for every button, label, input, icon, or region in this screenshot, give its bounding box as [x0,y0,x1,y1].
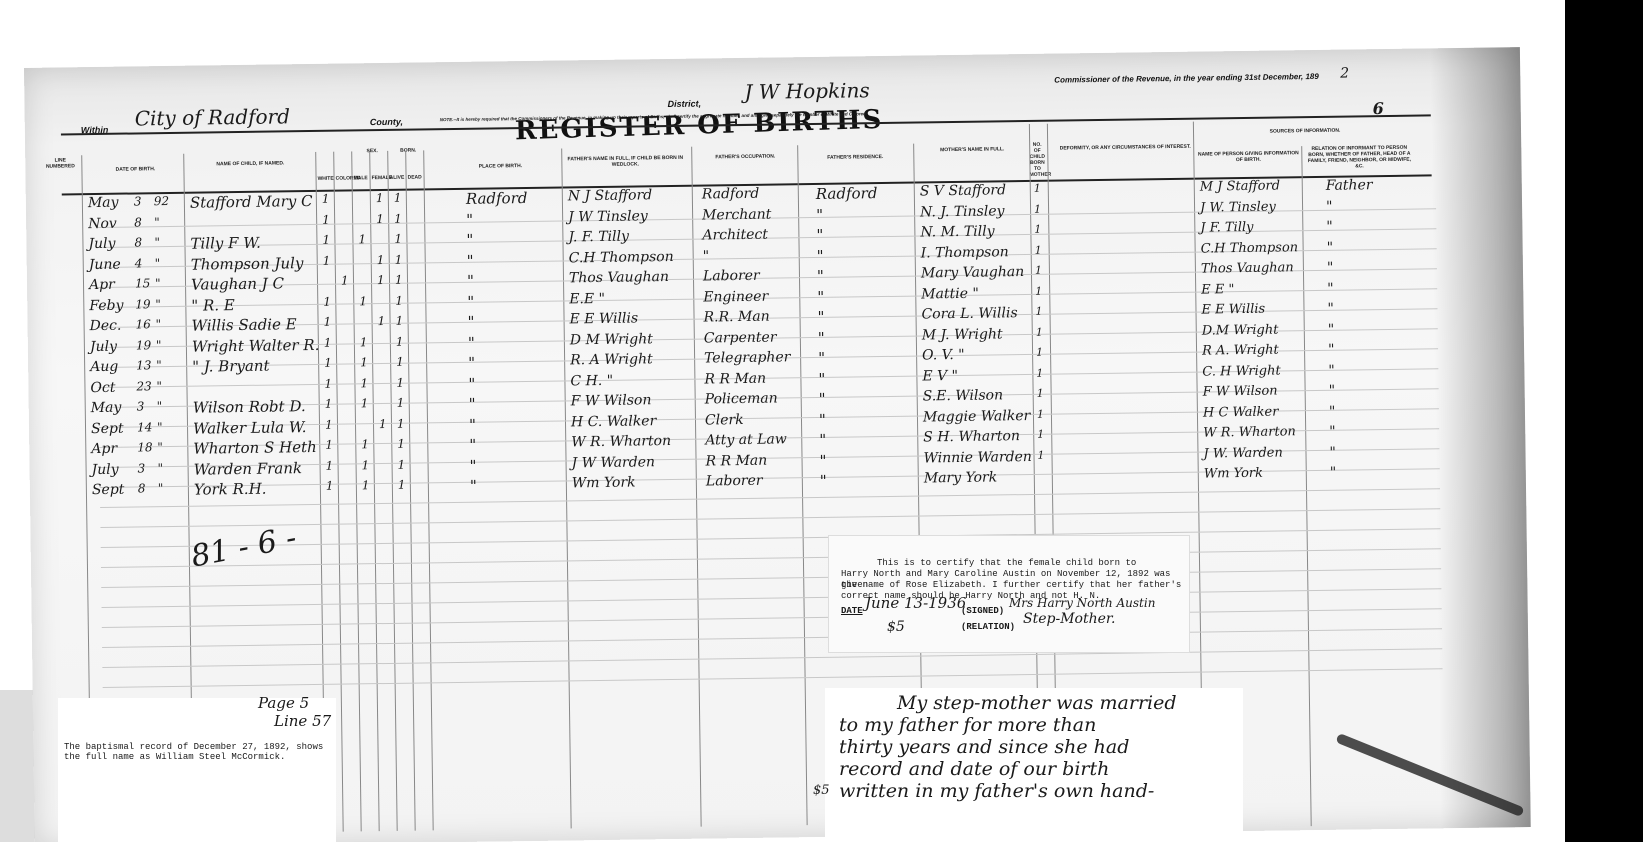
cell-occupation: Laborer [706,473,763,490]
col-alive: Alive [390,175,404,181]
cell-colored: 1 [341,273,349,287]
cell-place: " [466,231,473,249]
cell-count: 1 [1035,243,1042,256]
cell-informant: C.H Thompson [1201,240,1299,256]
scan-border-right [1565,0,1643,842]
cell-informant: W R. Wharton [1203,424,1296,440]
cell-female: 1 [377,273,385,287]
cell-relation: " [1327,239,1334,255]
cell-informant: J F. Tilly [1200,220,1253,236]
cert-line-1: This is to certify that the female child… [877,558,1136,569]
cell-alive: 1 [394,211,402,225]
letter-line-3: thirty years and since she had [839,736,1129,758]
cell-alive: 1 [395,252,403,266]
cell-father: E E Willis [569,310,638,327]
cell-occupation: R.R. Man [703,309,769,326]
col-sources: SOURCES OF INFORMATION. [1195,127,1415,136]
cell-year: " [155,256,161,270]
year-digit: 2 [1340,65,1349,81]
cell-child: Wright Walter R. [192,335,320,355]
table-row: Apr18"Wharton S Heth111"W R. WhartonAtty… [24,47,1520,68]
cell-occupation: Atty at Law [705,431,787,448]
bapt-line-1: The baptismal record of December 27, 189… [64,742,323,752]
cell-count: 1 [1034,182,1041,195]
cell-year: " [155,276,161,290]
cell-place: " [467,292,474,310]
row-rule [102,608,1442,628]
cell-count: 1 [1036,366,1043,379]
cell-occupation: Engineer [703,288,768,305]
cell-alive: 1 [396,334,404,348]
cell-month: July [88,236,115,252]
cell-month: Feby [89,297,123,313]
cell-count: 1 [1035,284,1042,297]
cell-white: 1 [324,376,332,390]
letter-line-1: My step-mother was married [897,692,1177,714]
cell-count: 1 [1036,325,1043,338]
cell-female: 1 [377,252,385,266]
cell-month: Sept [91,420,124,436]
cell-white: 1 [325,397,333,411]
cell-child: Walker Lula W. [193,418,307,438]
cell-count: 1 [1035,264,1042,277]
cell-alive: 1 [397,416,405,430]
cell-residence: " [817,308,824,326]
cell-relation: " [1328,321,1335,337]
table-row: July8"Tilly F W.111"J. F. TillyArchitect… [24,47,1520,68]
cell-year: " [158,481,164,495]
cell-informant: J W. Warden [1203,445,1282,461]
col-name-of-child: NAME OF CHILD, IF NAMED. [185,160,315,168]
cell-relation: " [1328,342,1335,358]
cell-count: 1 [1037,428,1044,441]
cell-alive: 1 [394,232,402,246]
cell-alive: 1 [395,314,403,328]
row-rule [102,628,1442,648]
cell-month: July [92,461,119,477]
cell-father: F W Wilson [571,392,652,409]
cell-day: 8 [134,235,142,249]
cell-place: " [469,395,476,413]
cell-month: Aug [90,359,118,375]
cell-month: July [90,338,117,354]
cell-white: 1 [323,294,331,308]
cell-relation: " [1327,301,1334,317]
cell-father: Thos Vaughan [569,269,669,286]
cell-count: 1 [1034,202,1041,215]
cell-residence: " [819,390,826,408]
cell-day: 3 [137,399,145,413]
cell-day: 19 [135,297,150,311]
cell-occupation: " [703,248,710,264]
cell-male: 1 [361,396,369,410]
cell-day: 8 [134,215,142,229]
cell-alive: 1 [398,478,406,492]
col-informant-name: Name of Person giving information of Bir… [1195,150,1301,163]
grid-line [423,150,433,830]
table-row: May392Stafford Mary C111RadfordN J Staff… [24,47,1520,68]
letter-fee: $5 [813,780,830,802]
cell-father: J. F. Tilly [568,229,629,246]
cell-day: 3 [134,194,142,208]
cell-place: " [467,313,474,331]
handwritten-letter: My step-mother was married to my father … [825,688,1243,842]
cell-child: Tilly F W. [190,234,261,253]
cell-female: 1 [379,416,387,430]
cell-relation: " [1327,280,1334,296]
cell-occupation: Architect [702,227,768,244]
grid-line [797,145,807,825]
cell-alive: 1 [395,293,403,307]
cell-place: " [469,456,476,474]
cell-relation: " [1326,198,1333,214]
cell-white: 1 [322,212,330,226]
cell-white: 1 [326,479,334,493]
cell-month: Nov [88,215,117,231]
cell-child: Vaughan J C [191,274,284,293]
cell-month: May [88,195,119,211]
cell-day: 23 [136,379,151,393]
table-row: July3"Warden Frank111"J W WardenR R Man"… [24,47,1520,68]
cell-male: 1 [360,335,368,349]
col-date-of-birth: DATE OF BIRTH. [85,166,185,173]
cell-relation: " [1327,260,1334,276]
cell-alive: 1 [395,273,403,287]
cell-year: " [156,338,162,352]
cell-male: 1 [360,376,368,390]
cell-year: " [157,461,163,475]
cell-father: E.E " [569,290,605,306]
cell-year: " [154,235,160,249]
cell-mother: S H. Wharton [923,428,1020,445]
cell-year: " [155,297,161,311]
cell-mother: S V Stafford [920,182,1006,199]
cert-signed-value: Mrs Harry North Austin [1009,598,1155,609]
cell-white: 1 [325,417,333,431]
cell-male: 1 [358,232,366,246]
table-row: Sept8"York R.H.111"Wm YorkLaborer"Mary Y… [24,47,1520,68]
col-born: BORN. [391,147,425,153]
cell-informant: C. H Wright [1202,363,1280,379]
bapt-page-ref: Page 5 [258,698,309,708]
cert-relation-label: (RELATION) [961,622,1015,633]
cell-occupation: Telegrapher [704,349,790,366]
tally-note: 81 - 6 - [188,520,299,574]
cell-month: June [89,256,121,272]
cell-mother: Mary York [924,469,998,486]
cell-informant: Thos Vaughan [1201,260,1294,276]
cell-residence: " [817,267,824,285]
cell-count: 1 [1037,387,1044,400]
col-deformity: DEFORMITY, OR ANY CIRCUMSTANCES OF INTER… [1055,144,1195,152]
cell-place: " [467,272,474,290]
cell-count: 1 [1037,407,1044,420]
col-fathers-name: FATHER'S NAME IN FULL, IF CHILD BE BORN … [561,155,689,169]
cell-father: C.H Thompson [569,248,674,265]
within-value: City of Radford [135,104,291,130]
cell-year: " [154,215,160,229]
cell-white: 1 [325,438,333,452]
cell-white: 1 [323,315,331,329]
cell-white: 1 [323,253,331,267]
cell-father: D M Wright [570,331,653,348]
cell-mother: N. J. Tinsley [920,203,1005,220]
cell-place: " [469,436,476,454]
cell-male: 1 [360,355,368,369]
cell-child: Stafford Mary C [190,192,313,212]
cell-month: Sept [92,482,125,498]
cert-date-value: June 13-1936 [865,598,966,609]
cell-year: " [155,317,161,331]
grid-line [1301,146,1311,826]
cell-child: " R. E [191,296,235,315]
cell-informant: F W Wilson [1203,384,1278,400]
cell-alive: 1 [397,396,405,410]
cell-male: 1 [361,437,369,451]
cell-father: J W Warden [571,454,655,471]
cell-place: " [470,477,477,495]
cell-day: 13 [136,358,151,372]
cell-informant: H C Walker [1203,404,1279,420]
cell-mother: Cora L. Willis [921,305,1017,322]
cell-year: " [157,440,163,454]
cell-residence: " [819,410,826,428]
cell-residence: " [817,246,824,264]
cell-year: 92 [154,194,169,208]
cert-fee: $5 [887,622,905,633]
cell-alive: 1 [394,191,402,205]
bapt-line-ref: Line 57 [274,716,331,726]
cell-child: Wilson Robt D. [193,397,306,417]
commissioner-label: Commissioner of the Revenue, in the year… [1054,72,1319,85]
cell-relation: " [1328,362,1335,378]
cell-alive: 1 [396,375,404,389]
col-mothers-name: MOTHER'S NAME IN FULL. [915,146,1029,154]
cell-occupation: Policeman [705,391,778,408]
cell-relation: " [1329,383,1336,399]
cell-mother: Mary Vaughan [921,264,1024,281]
cell-day: 3 [137,461,145,475]
cell-child: Warden Frank [193,459,302,479]
cell-mother: S.E. Wilson [923,387,1004,404]
cell-occupation: Carpenter [704,329,777,346]
cell-year: " [157,420,163,434]
cell-place: " [468,354,475,372]
cert-signed-label: (SIGNED) [961,606,1004,617]
cert-relation-value: Step-Mother. [1023,614,1116,625]
cell-mother: Mattie " [921,285,979,302]
cell-year: " [157,399,163,413]
cell-count: 1 [1037,448,1044,461]
cell-place: " [467,251,474,269]
cell-occupation: R R Man [705,452,767,469]
table-row: May3"Wilson Robt D.111"F W WilsonPolicem… [24,47,1520,68]
cell-informant: J W. Tinsley [1200,199,1276,215]
cell-alive: 1 [396,355,404,369]
cert-date-label: DATE [841,606,863,617]
cell-place: " [468,333,475,351]
table-row: Oct23"111"C H. "R R Man"E V "1C. H Wrigh… [24,47,1520,68]
cell-father: N J Stafford [568,187,653,204]
cell-father: R. A Wright [570,351,653,368]
col-white: White [318,176,332,182]
cell-relation: Father [1326,177,1373,194]
cell-child: Thompson July [191,254,304,274]
cell-male: 1 [361,458,369,472]
cell-relation: " [1330,465,1337,481]
cell-day: 15 [135,276,150,290]
row-rule [100,508,1440,528]
cell-informant: E E " [1201,282,1234,297]
cell-white: 1 [325,458,333,472]
col-line-number: Line Numbered [45,157,75,169]
cell-child: York R.H. [194,480,267,499]
row-rule [101,548,1441,568]
table-row: Apr15"Vaughan J C111"Thos VaughanLaborer… [24,47,1520,68]
col-male: Male [354,175,368,181]
cell-male: 1 [359,294,367,308]
cell-white: 1 [322,233,330,247]
cell-father: H C. Walker [571,413,656,430]
letter-line-5: written in my father's own hand- [839,780,1154,802]
col-dead: Dead [408,174,422,180]
table-row: Feby19"" R. E111"E.E "Engineer"Mattie "1… [24,47,1520,68]
cell-mother: Maggie Walker [923,407,1030,424]
cell-place: Radford [466,189,528,208]
row-rule [100,488,1440,508]
cell-alive: 1 [397,457,405,471]
cell-informant: E E Willis [1201,302,1265,318]
letter-line-2: to my father for more than [839,714,1096,736]
cell-residence: " [818,328,825,346]
cell-child: Wharton S Heth [193,438,317,458]
col-colored: Colored [336,175,350,181]
bapt-line-2: the full name as William Steel McCormick… [64,752,285,762]
col-child-born-to-mother: No. of Child born to Mother [1029,142,1046,178]
cell-day: 14 [137,420,152,434]
cell-day: 19 [136,338,151,352]
cell-alive: 1 [397,437,405,451]
cell-relation: " [1329,444,1336,460]
cell-child: Willis Sadie E [191,315,296,334]
cell-informant: M J Stafford [1200,178,1280,194]
cell-mother: M J. Wright [922,326,1003,343]
cell-month: Oct [90,379,115,395]
col-place-of-birth: PLACE OF BIRTH. [435,162,565,170]
row-rule [102,648,1442,668]
cell-father: C H. " [570,372,613,389]
cell-relation: " [1326,219,1333,235]
table-row: June4"Thompson July111"C.H Thompson""I. … [24,47,1520,68]
cell-relation: " [1329,403,1336,419]
cell-residence: " [816,205,823,223]
col-fathers-residence: FATHER'S RESIDENCE. [799,154,911,162]
col-sex: SEX. [355,148,389,154]
table-row: July19"Wright Walter R.111"D M WrightCar… [24,47,1520,68]
cell-father: J W Tinsley [568,208,648,225]
table-row: Sept14"Walker Lula W.111"H C. WalkerCler… [24,47,1520,68]
cell-mother: E V " [922,367,958,383]
cell-residence: " [817,287,824,305]
table-row: Dec.16"Willis Sadie E111"E E WillisR.R. … [24,47,1520,68]
cell-place: " [469,415,476,433]
cell-father: W R. Wharton [571,433,671,450]
cell-place: " [466,210,473,228]
cell-day: 8 [138,481,146,495]
cell-mother: Winnie Warden [923,448,1032,466]
table-row: Aug13"" J. Bryant111"R. A WrightTelegrap… [24,47,1520,68]
cell-occupation: Clerk [705,411,744,428]
cell-white: 1 [324,335,332,349]
cell-occupation: R R Man [704,370,766,387]
cell-month: Apr [89,277,115,293]
grid-line [691,147,701,827]
cell-day: 16 [135,317,150,331]
cell-count: 1 [1034,223,1041,236]
district-label: District, [667,99,701,109]
cell-count: 1 [1035,305,1042,318]
cell-mother: O. V. " [922,347,965,364]
cell-month: May [91,400,122,416]
cell-occupation: Radford [702,186,760,203]
cell-place: " [468,374,475,392]
col-female: Female [372,175,386,181]
cell-occupation: Merchant [702,206,771,223]
cell-white: 1 [322,192,330,206]
cell-residence: " [816,226,823,244]
table-row: Nov8"111"J W TinsleyMerchant"N. J. Tinsl… [24,47,1520,68]
cell-year: " [156,379,162,393]
cell-informant: D.M Wright [1202,322,1279,338]
letter-line-4: record and date of our birth [839,758,1109,780]
cell-mother: I. Thompson [921,244,1009,261]
cell-informant: Wm York [1204,466,1263,482]
row-rule [101,568,1441,588]
cell-day: 4 [135,256,143,270]
cert-line-3: the name of Rose Elizabeth. I further ce… [841,580,1181,591]
cell-residence: " [819,451,826,469]
birth-records: May392Stafford Mary C111RadfordN J Staff… [24,47,1520,68]
grid-line [405,151,415,831]
cell-count: 1 [1036,346,1043,359]
row-rule [103,668,1443,688]
certificate-slip: This is to certify that the female child… [828,535,1190,653]
cell-day: 18 [137,440,152,454]
cell-informant: R A. Wright [1202,343,1279,359]
cell-female: 1 [376,191,384,205]
county-label: County, [370,117,403,127]
col-informant-relation: Relation of Informant to person born, wh… [1303,145,1415,171]
cell-male: 1 [362,478,370,492]
cell-female: 1 [377,314,385,328]
cell-residence: " [818,369,825,387]
cell-mother: N. M. Tilly [920,223,994,240]
baptismal-slip: Page 5 Line 57 The baptismal record of D… [58,698,336,842]
cell-residence: Radford [816,184,878,203]
cell-child: " J. Bryant [192,357,270,376]
row-rule [102,588,1442,608]
grid-line [351,151,361,831]
col-fathers-occupation: FATHER'S OCCUPATION. [693,153,797,160]
cell-month: Dec. [89,318,121,334]
cell-relation: " [1329,424,1336,440]
cell-residence: " [819,431,826,449]
commissioner-name: J W Hopkins [744,78,870,104]
cell-female: 1 [376,211,384,225]
cell-father: Wm York [572,475,636,492]
cell-year: " [156,358,162,372]
cell-residence: " [820,472,827,490]
